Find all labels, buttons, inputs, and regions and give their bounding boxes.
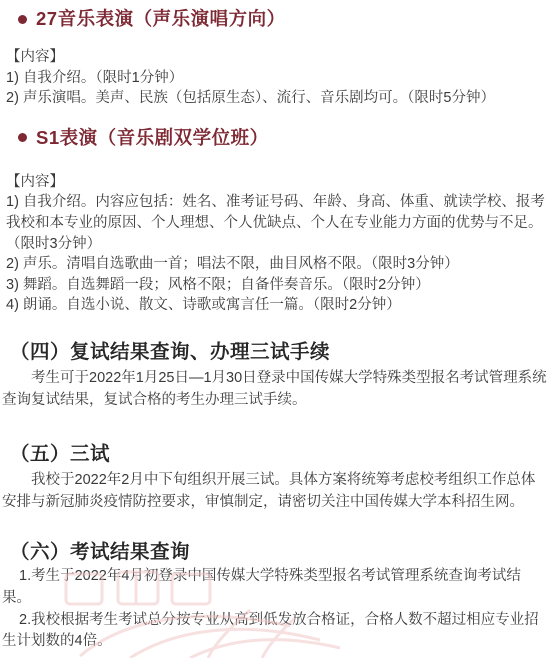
section-heading-third-test: （五）三试	[0, 441, 552, 468]
paragraph: 我校于2022年2月中下旬组织开展三试。具体方案将统筹考虑校考组织工作总体安排与…	[0, 470, 552, 513]
bullet-icon	[18, 15, 27, 24]
list-item: 3) 舞蹈。自选舞蹈一段；风格不限；自备伴奏音乐。（限时2分钟）	[6, 275, 547, 296]
section-heading-exam-results: （六）考试结果查询	[0, 539, 552, 566]
list-item: 2) 声乐。清唱自选歌曲一首；唱法不限，曲目风格不限。（限时3分钟）	[6, 254, 547, 275]
section-body-s1-performance: 【内容】 1) 自我介绍。内容应包括：姓名、准考证号码、年龄、身高、体重、就读学…	[0, 172, 552, 316]
list-item: 1) 自我介绍。（限时1分钟）	[6, 68, 547, 89]
list-item: 2) 声乐演唱。美声、民族（包括原生态）、流行、音乐剧均可。（限时5分钟）	[6, 88, 547, 109]
bullet-icon	[18, 133, 27, 142]
paragraph: 考生可于2022年1月25日—1月30日登录中国传媒大学特殊类型报名考试管理系统…	[0, 368, 552, 411]
content-label: 【内容】	[6, 172, 547, 193]
paragraph: 1.考生于2022年4月初登录中国传媒大学特殊类型报名考试管理系统查询考试结果。	[0, 566, 552, 609]
document-page: 27音乐表演（声乐演唱方向） 【内容】 1) 自我介绍。（限时1分钟） 2) 声…	[0, 0, 552, 658]
section-heading-s1-performance: S1表演（音乐剧双学位班）	[0, 125, 552, 151]
section-title: S1表演（音乐剧双学位班）	[36, 125, 269, 151]
paragraph: 2.我校根据考生考试总分按专业从高到低发放合格证，合格人数不超过相应专业招生计划…	[0, 610, 552, 653]
section-body-music-performance: 【内容】 1) 自我介绍。（限时1分钟） 2) 声乐演唱。美声、民族（包括原生态…	[0, 47, 552, 109]
section-heading-retest-results: （四）复试结果查询、办理三试手续	[0, 339, 552, 366]
section-heading-music-performance: 27音乐表演（声乐演唱方向）	[0, 6, 552, 32]
list-item: 4) 朗诵。自选小说、散文、诗歌或寓言任一篇。（限时2分钟）	[6, 295, 547, 316]
list-item: 1) 自我介绍。内容应包括：姓名、准考证号码、年龄、身高、体重、就读学校、报考我…	[6, 192, 547, 254]
section-title: 27音乐表演（声乐演唱方向）	[36, 6, 286, 32]
content-label: 【内容】	[6, 47, 547, 68]
